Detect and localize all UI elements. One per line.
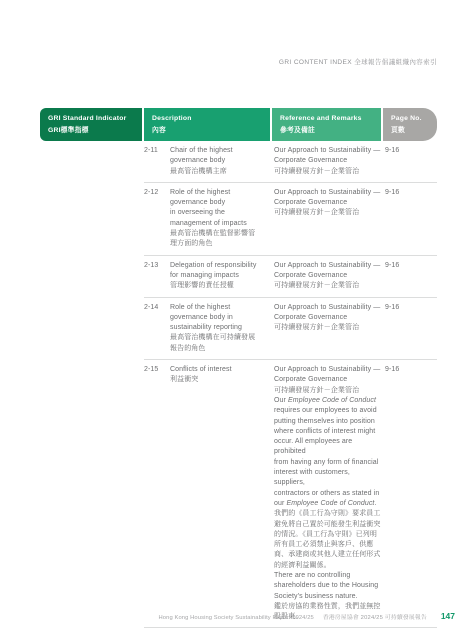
indicator-cell — [40, 365, 144, 622]
column-subtitle: 參考及備註 — [280, 125, 377, 137]
indicator-code: 2-15 — [144, 365, 170, 622]
column-subtitle: 內容 — [152, 125, 266, 137]
indicator-code: 2-11 — [144, 146, 170, 177]
report-page: GRI CONTENT INDEX 全球報告倡議組織內容索引 GRI Stand… — [0, 0, 471, 640]
description-line: 報告的角色 — [170, 344, 264, 354]
reference-line: Corporate Governance — [274, 156, 381, 166]
description-line: 理方面的角色 — [170, 239, 264, 249]
description-line: 管理影響的責任授權 — [170, 281, 264, 291]
running-header-text: GRI CONTENT INDEX 全球報告倡議組織內容索引 — [279, 59, 437, 66]
reference-line: Our Employee Code of Conduct — [274, 396, 381, 406]
description-cell: Conflicts of interest利益衝突 — [170, 365, 272, 622]
reference-line: from having any form of financial — [274, 458, 381, 468]
indicator-code: 2-13 — [144, 261, 170, 292]
reference-line: 避免將自己置於可能發生利益衝突 — [274, 520, 381, 530]
reference-line: Society's business nature. — [274, 592, 381, 602]
reference-line: 商、承建商或其他人建立任何形式 — [274, 550, 381, 560]
description-line: 最高管治機構主席 — [170, 167, 264, 177]
reference-line: Corporate Governance — [274, 313, 381, 323]
reference-cell: Our Approach to Sustainability —Corporat… — [272, 146, 383, 177]
reference-line: 可持續發展方針－企業管治 — [274, 323, 381, 333]
description-cell: Chair of the highestgovernance body最高管治機… — [170, 146, 272, 177]
footer-report-title-zh: 香港房屋協會 2024/25 可持續發展報告 — [323, 612, 427, 621]
indicator-cell — [40, 146, 144, 177]
reference-line: requires our employees to avoid — [274, 406, 381, 416]
description-line: 利益衝突 — [170, 375, 264, 385]
reference-line: 可持續發展方針－企業管治 — [274, 167, 381, 177]
description-cell: Role of the highestgovernance bodyin ove… — [170, 188, 272, 250]
reference-line: where conflicts of interest might — [274, 427, 381, 437]
reference-line: 可持續發展方針－企業管治 — [274, 281, 381, 291]
description-line: Role of the highest — [170, 303, 264, 313]
description-line: Conflicts of interest — [170, 365, 264, 375]
reference-line: 可持續發展方針－企業管治 — [274, 208, 381, 218]
reference-line: Our Approach to Sustainability — — [274, 188, 381, 198]
table-row: 2-13Delegation of responsibilityfor mana… — [40, 256, 437, 298]
reference-cell: Our Approach to Sustainability —Corporat… — [272, 261, 383, 292]
reference-line: 可持續發展方針－企業管治 — [274, 386, 381, 396]
reference-line: Our Approach to Sustainability — — [274, 261, 381, 271]
column-header-reference-and-remarks: Reference and Remarks 參考及備註 — [272, 108, 381, 141]
page-number-cell: 9-16 — [383, 365, 437, 622]
reference-line: Our Approach to Sustainability — — [274, 303, 381, 313]
reference-cell: Our Approach to Sustainability —Corporat… — [272, 303, 383, 354]
description-line: 最高管治機構在監督影響管 — [170, 229, 264, 239]
column-header-description: Description 內容 — [144, 108, 270, 141]
reference-cell: Our Approach to Sustainability —Corporat… — [272, 188, 383, 250]
description-line: governance body in — [170, 313, 264, 323]
reference-line: occur. All employees are prohibited — [274, 437, 381, 458]
reference-line: Corporate Governance — [274, 375, 381, 385]
indicator-cell — [40, 261, 144, 292]
description-line: Chair of the highest — [170, 146, 264, 156]
page-number-cell: 9-16 — [383, 261, 437, 292]
indicator-code: 2-14 — [144, 303, 170, 354]
column-title: GRI Standard Indicator — [48, 113, 138, 125]
description-line: sustainability reporting — [170, 323, 264, 333]
footer-report-title-en: Hong Kong Housing Society Sustainability… — [159, 615, 314, 621]
table-row: 2-12Role of the highestgovernance bodyin… — [40, 183, 437, 256]
reference-line: Corporate Governance — [274, 271, 381, 281]
reference-line: There are no controlling — [274, 571, 381, 581]
reference-line: Our Approach to Sustainability — — [274, 365, 381, 375]
indicator-cell — [40, 303, 144, 354]
running-header: GRI CONTENT INDEX 全球報告倡議組織內容索引 — [279, 57, 437, 66]
reference-line: 所有員工必須禁止與客戶、供應 — [274, 540, 381, 550]
reference-line: putting themselves into position — [274, 417, 381, 427]
description-line: in overseeing the — [170, 208, 264, 218]
description-line: management of impacts — [170, 219, 264, 229]
page-number-cell: 9-16 — [383, 188, 437, 250]
description-line: 最高管治機構在可持續發展 — [170, 333, 264, 343]
table-header: GRI Standard Indicator GRI標準指標 Descripti… — [40, 108, 437, 141]
indicator-code: 2-12 — [144, 188, 170, 250]
page-number-cell: 9-16 — [383, 303, 437, 354]
table-row: 2-11Chair of the highestgovernance body最… — [40, 141, 437, 183]
table-row: 2-14Role of the highestgovernance body i… — [40, 298, 437, 360]
column-title: Page No. — [391, 113, 433, 125]
description-line: Delegation of responsibility — [170, 261, 264, 271]
reference-line: 的經濟利益關係。 — [274, 561, 381, 571]
column-header-page-no: Page No. 頁數 — [383, 108, 437, 141]
description-cell: Role of the highestgovernance body insus… — [170, 303, 272, 354]
gri-content-index-table: GRI Standard Indicator GRI標準指標 Descripti… — [40, 108, 437, 628]
reference-line: our Employee Code of Conduct. — [274, 499, 381, 509]
reference-line: Our Approach to Sustainability — — [274, 146, 381, 156]
reference-line: 的情況。《員工行為守則》已列明 — [274, 530, 381, 540]
reference-line: Corporate Governance — [274, 198, 381, 208]
page-footer: Hong Kong Housing Society Sustainability… — [159, 611, 455, 621]
reference-line: shareholders due to the Housing — [274, 581, 381, 591]
description-line: governance body — [170, 156, 264, 166]
table-row: 2-15Conflicts of interest利益衝突Our Approac… — [40, 360, 437, 628]
page-number-cell: 9-16 — [383, 146, 437, 177]
description-line: governance body — [170, 198, 264, 208]
table-body: 2-11Chair of the highestgovernance body最… — [40, 141, 437, 628]
reference-line: 我們的《員工行為守則》要求員工 — [274, 509, 381, 519]
reference-line: contractors or others as stated in — [274, 489, 381, 499]
column-header-gri-standard-indicator: GRI Standard Indicator GRI標準指標 — [40, 108, 142, 141]
column-subtitle: 頁數 — [391, 125, 433, 137]
description-line: Role of the highest — [170, 188, 264, 198]
description-line: for managing impacts — [170, 271, 264, 281]
column-subtitle: GRI標準指標 — [48, 125, 138, 137]
reference-cell: Our Approach to Sustainability —Corporat… — [272, 365, 383, 622]
column-title: Reference and Remarks — [280, 113, 377, 125]
description-cell: Delegation of responsibilityfor managing… — [170, 261, 272, 292]
footer-page-number: 147 — [441, 611, 455, 621]
indicator-cell — [40, 188, 144, 250]
column-title: Description — [152, 113, 266, 125]
reference-line: interest with customers, suppliers, — [274, 468, 381, 489]
